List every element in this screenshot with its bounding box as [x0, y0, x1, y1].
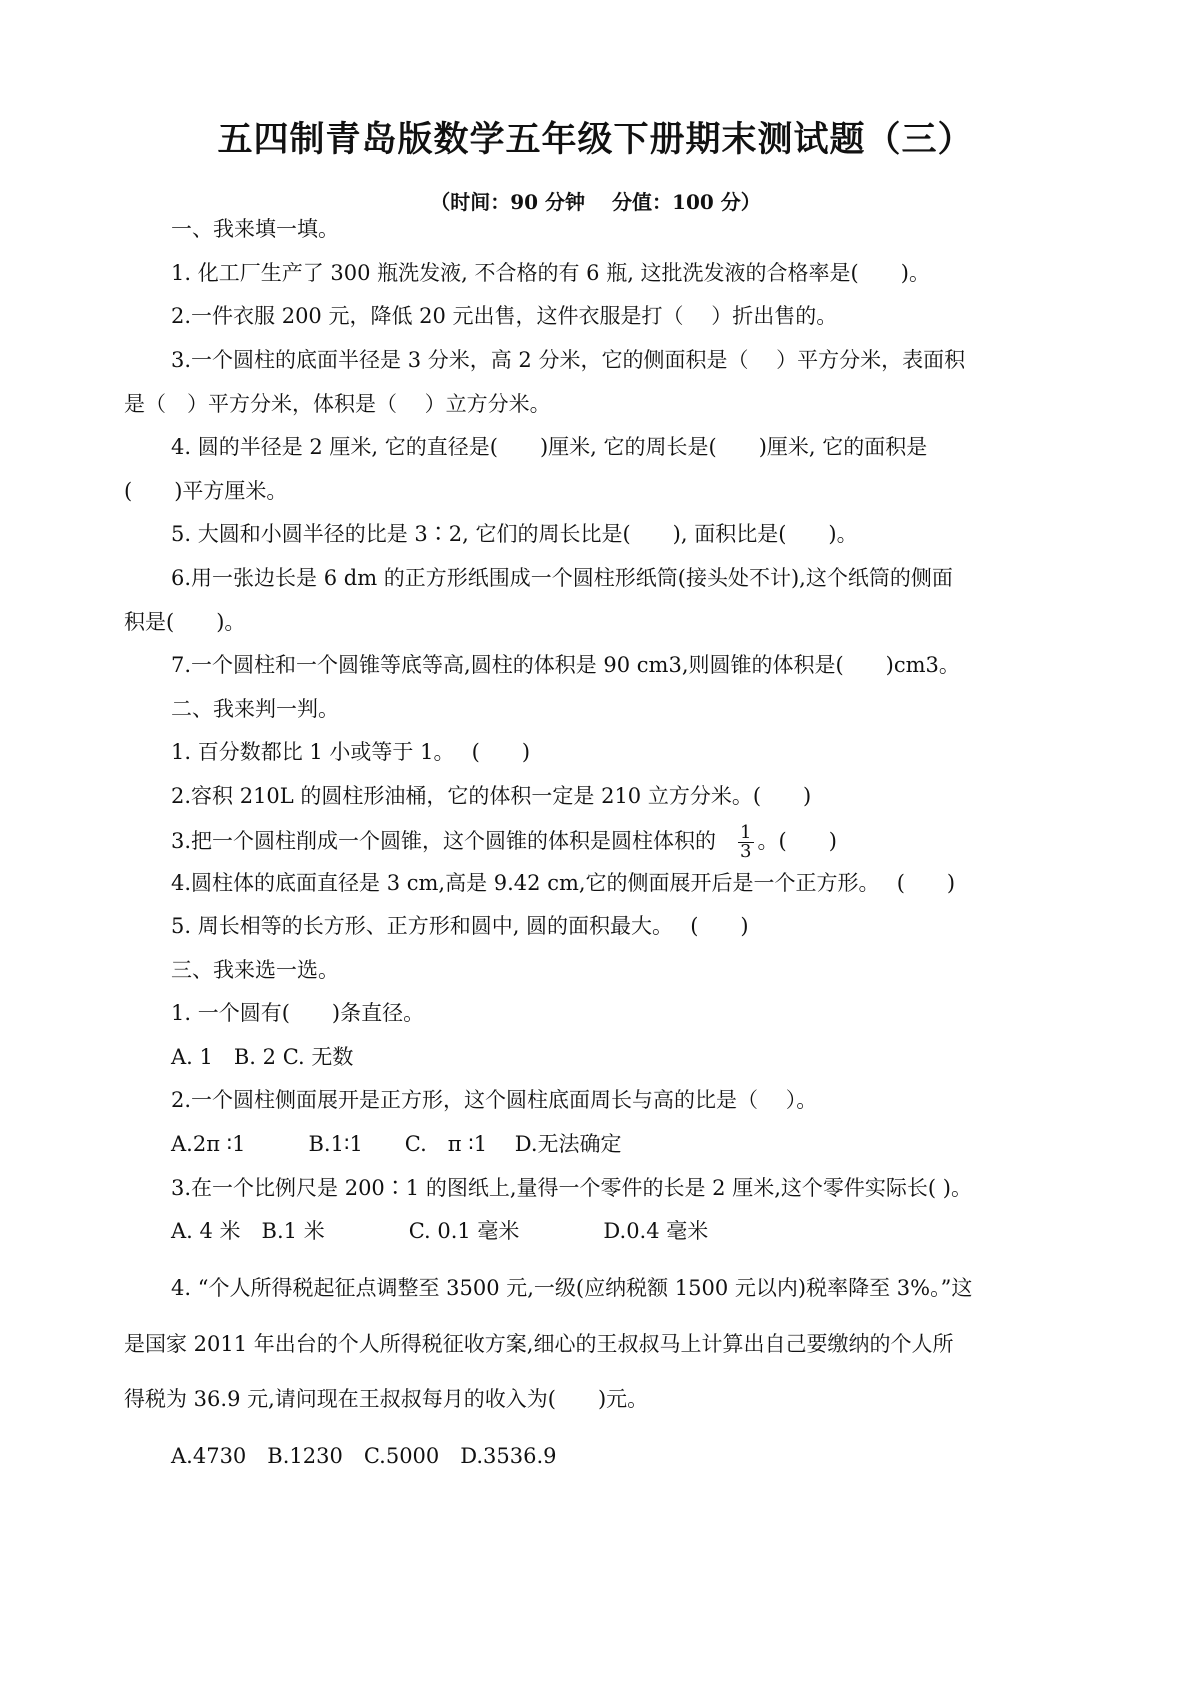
section-heading-fill-in: 一、我来填一填。	[0, 214, 1191, 244]
question-1-1: 1. 化工厂生产了 300 瓶洗发液, 不合格的有 6 瓶, 这批洗发液的合格率…	[0, 258, 1191, 288]
question-3-4-line2: 是国家 2011 年出台的个人所得税征收方案,细心的王叔叔马上计算出自己要缴纳的…	[0, 1329, 1191, 1359]
question-2-3-text: 3.把一个圆柱削成一个圆锥，这个圆锥的体积是圆柱体积的	[171, 829, 716, 853]
question-1-3-line2: 是（ ）平方分米，体积是（ ）立方分米。	[0, 389, 1191, 419]
question-3-3-options: A. 4 米 B.1 米 C. 0.1 毫米 D.0.4 毫米	[0, 1216, 1191, 1246]
question-3-2-options: A.2π ∶1 B.1∶1 C. π ∶1 D.无法确定	[0, 1129, 1191, 1159]
question-1-6-line1: 6.用一张边长是 6 dm 的正方形纸围成一个圆柱形纸筒(接头处不计),这个纸筒…	[0, 563, 1191, 593]
question-1-5: 5. 大圆和小圆半径的比是 3∶2, 它们的周长比是( ), 面积比是( )。	[0, 519, 1191, 549]
question-1-3-line1: 3.一个圆柱的底面半径是 3 分米，高 2 分米，它的侧面积是（ ）平方分米，表…	[0, 345, 1191, 375]
question-1-4-line1: 4. 圆的半径是 2 厘米, 它的直径是( )厘米, 它的周长是( )厘米, 它…	[0, 432, 1191, 462]
question-1-7: 7.一个圆柱和一个圆锥等底等高,圆柱的体积是 90 cm3,则圆锥的体积是( )…	[0, 650, 1191, 680]
question-2-3: 3.把一个圆柱削成一个圆锥，这个圆锥的体积是圆柱体积的13。( )	[0, 824, 1191, 861]
question-2-2: 2.容积 210L 的圆柱形油桶，它的体积一定是 210 立方分米。( )	[0, 781, 1191, 811]
question-3-4-line3: 得税为 36.9 元,请问现在王叔叔每月的收入为( )元。	[0, 1384, 1191, 1414]
fraction-one-third: 13	[738, 824, 753, 861]
question-2-4: 4.圆柱体的底面直径是 3 cm,高是 9.42 cm,它的侧面展开后是一个正方…	[0, 868, 1191, 898]
question-1-2: 2.一件衣服 200 元，降低 20 元出售，这件衣服是打（ ）折出售的。	[0, 301, 1191, 331]
question-3-4-options: A.4730 B.1230 C.5000 D.3536.9	[0, 1441, 1191, 1471]
section-heading-judge: 二、我来判一判。	[0, 694, 1191, 724]
question-3-4-line1: 4. “个人所得税起征点调整至 3500 元,一级(应纳税额 1500 元以内)…	[0, 1273, 1191, 1303]
question-3-1: 1. 一个圆有( )条直径。	[0, 998, 1191, 1028]
question-2-1: 1. 百分数都比 1 小或等于 1。 ( )	[0, 737, 1191, 767]
page-title: 五四制青岛版数学五年级下册期末测试题（三）	[0, 112, 1191, 162]
section-heading-choose: 三、我来选一选。	[0, 955, 1191, 985]
question-1-4-line2: ( )平方厘米。	[0, 476, 1191, 506]
question-3-3: 3.在一个比例尺是 200∶1 的图纸上,量得一个零件的长是 2 厘米,这个零件…	[0, 1173, 1191, 1203]
question-2-5: 5. 周长相等的长方形、正方形和圆中, 圆的面积最大。 ( )	[0, 911, 1191, 941]
question-3-2: 2.一个圆柱侧面展开是正方形，这个圆柱底面周长与高的比是（ ）。	[0, 1085, 1191, 1115]
question-2-3-answer-blank: 。( )	[758, 829, 837, 853]
question-3-1-options: A. 1 B. 2 C. 无数	[0, 1042, 1191, 1072]
question-1-6-line2: 积是( )。	[0, 607, 1191, 637]
exam-info: （时间：90 分钟 分值：100 分）	[0, 186, 1191, 215]
